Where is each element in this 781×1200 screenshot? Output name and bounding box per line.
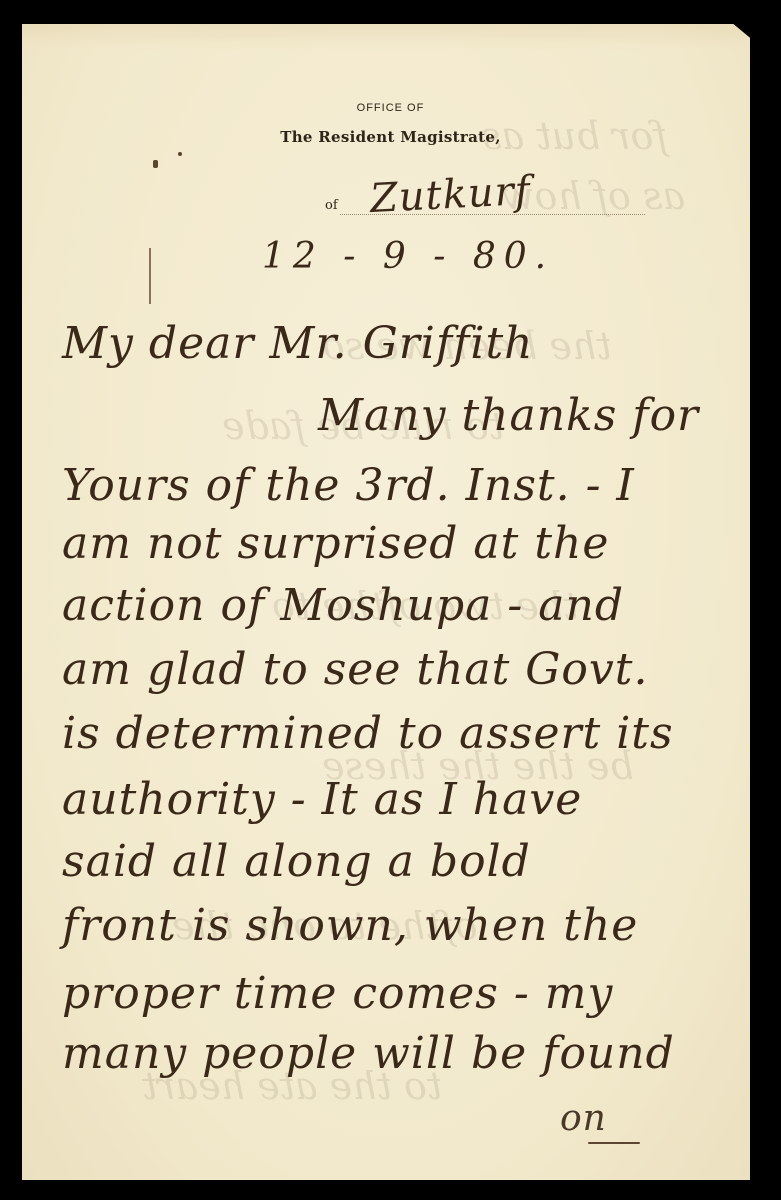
pin-mark: [149, 248, 151, 304]
place-name: Zutkurf: [369, 168, 532, 222]
ink-speck: [153, 160, 158, 168]
letterhead-of-label: of: [325, 198, 338, 213]
ink-speck: [178, 152, 182, 156]
body-line: Yours of the 3rd. Inst. - I: [62, 460, 635, 511]
body-line: action of Moshupa - and: [62, 580, 624, 631]
body-line: authority - It as I have: [62, 774, 582, 825]
body-line: Many thanks for: [318, 390, 699, 441]
body-line: am not surprised at the: [62, 518, 609, 569]
body-line: am glad to see that Govt.: [62, 644, 648, 695]
catchword: on: [560, 1098, 607, 1139]
body-line: many people will be found: [62, 1028, 675, 1079]
body-line: front is shown, when the: [62, 900, 638, 951]
salutation: My dear Mr. Griffith: [62, 318, 534, 369]
body-line: said all along a bold: [62, 836, 531, 887]
body-line: is determined to assert its: [62, 708, 674, 759]
letterhead-title: The Resident Magistrate,: [0, 128, 781, 146]
catchword-underline: [588, 1142, 640, 1144]
letterhead-office-of: OFFICE OF: [0, 102, 781, 114]
body-line: proper time comes - my: [62, 968, 613, 1019]
letter-date: 12 - 9 - 80.: [262, 236, 554, 277]
